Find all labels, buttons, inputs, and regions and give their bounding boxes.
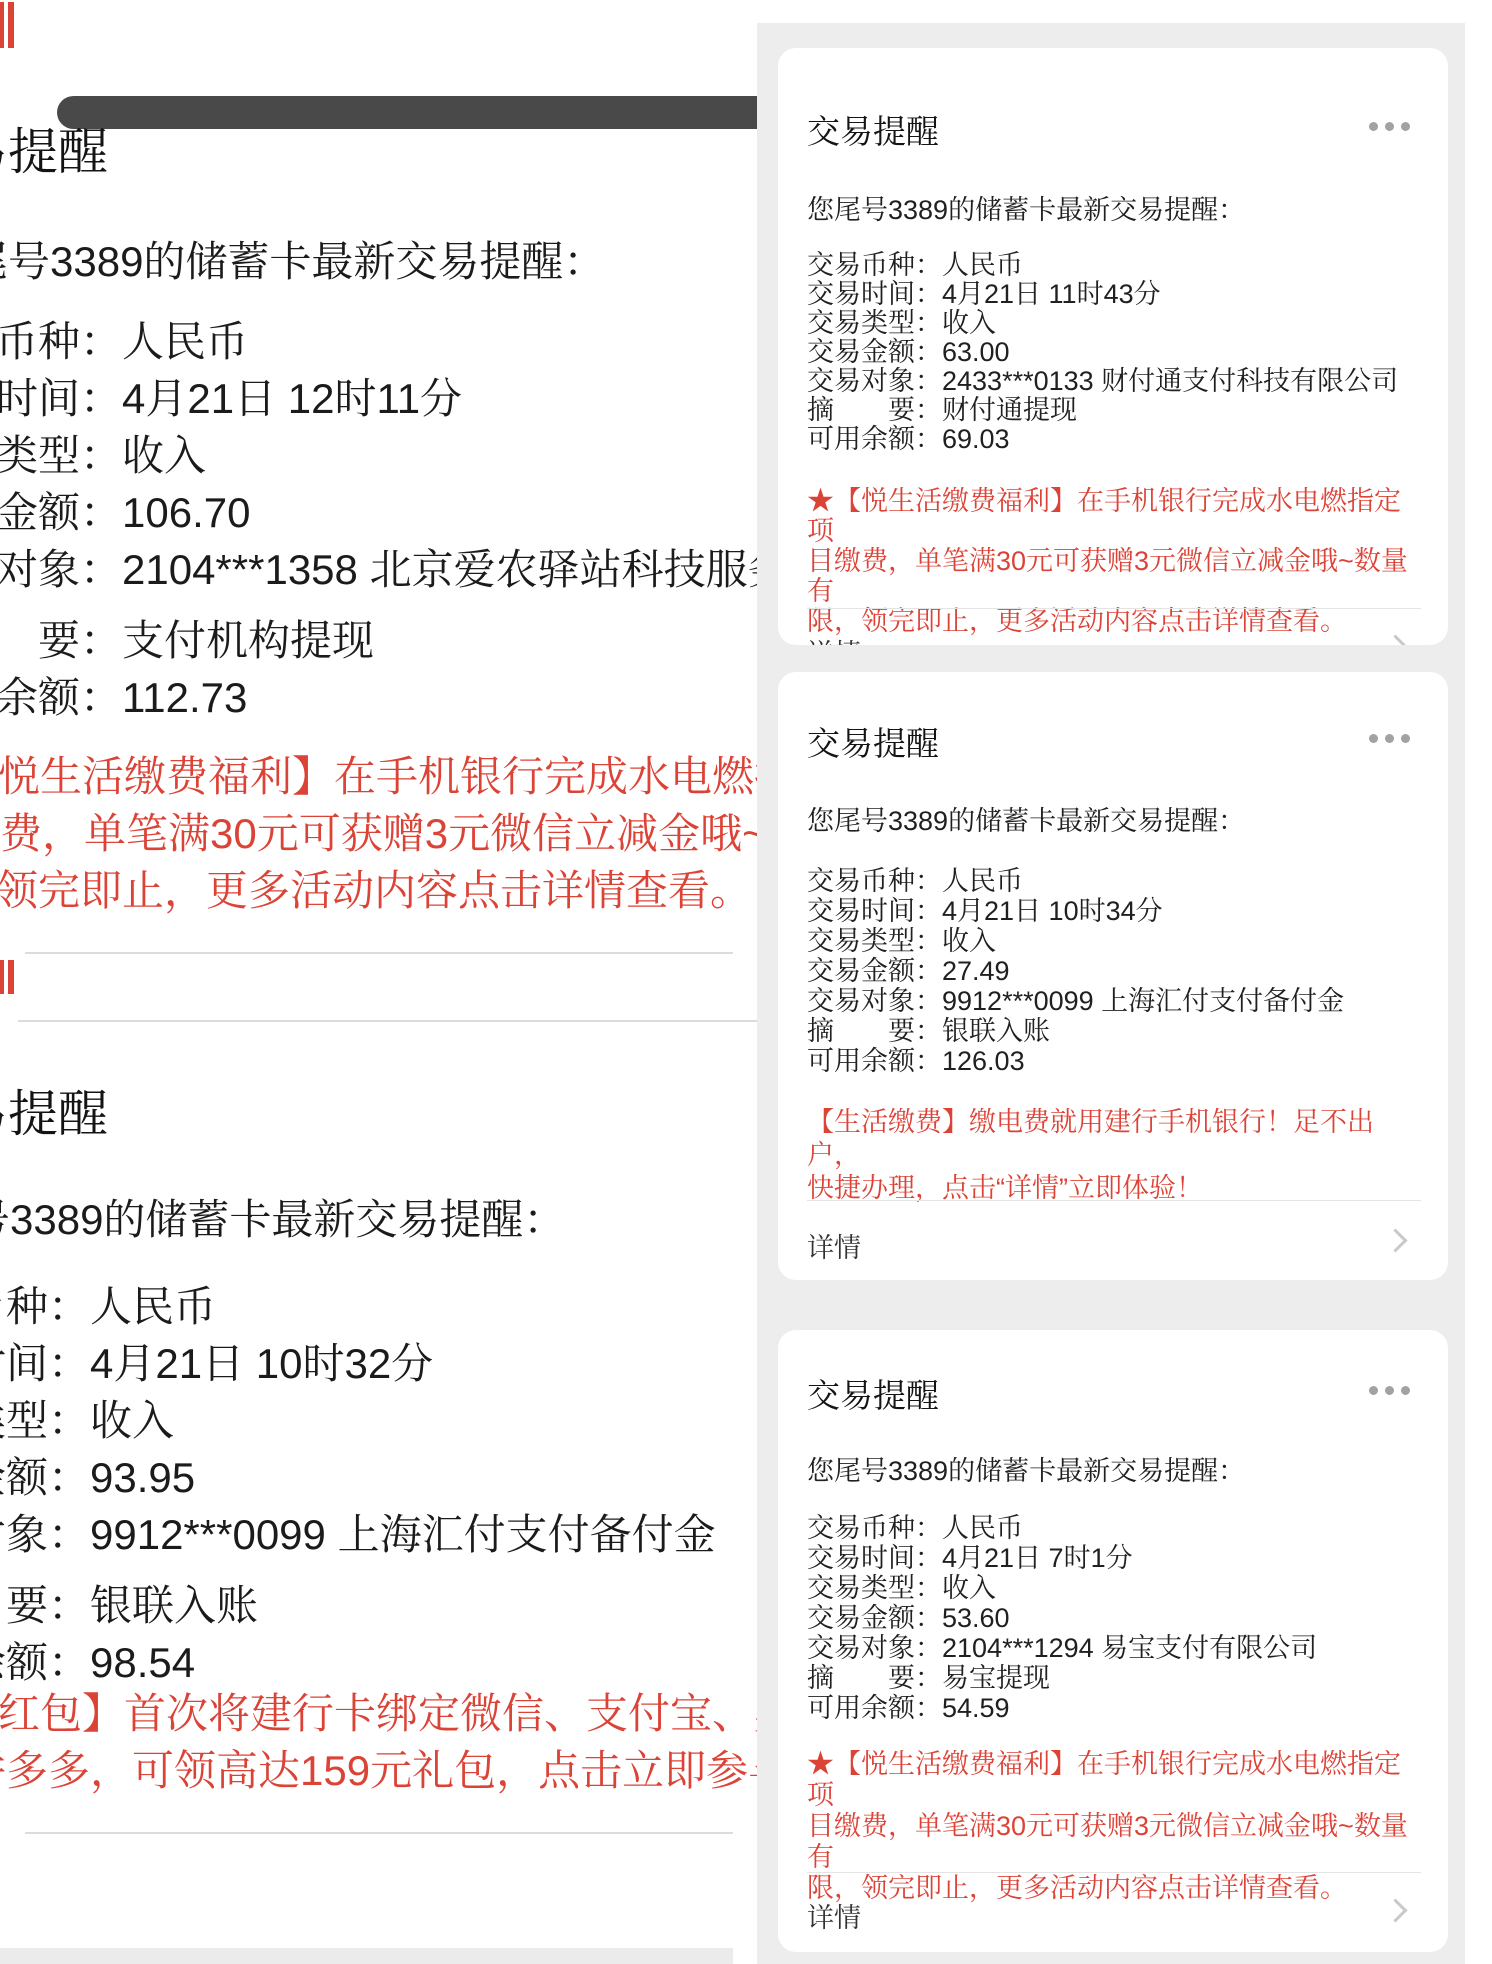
promo-line: 拼多多，可领高达159元礼包，点击立即参与！ (0, 1747, 757, 1795)
field-line: 可用余额：98.54 (0, 1639, 195, 1687)
promo-line: 限，领完即止，更多活动内容点击详情查看。 (0, 867, 752, 915)
divider (807, 1200, 1421, 1201)
notification-header: 您尾号3389的储蓄卡最新交易提醒： (807, 799, 1245, 838)
more-options-icon[interactable] (1369, 1386, 1410, 1395)
field-line: 交易类型：收入 (0, 432, 206, 480)
divider (25, 952, 733, 954)
card-title: 交易提醒 (807, 1370, 939, 1417)
promo-line: 费，单笔满30元可获赠3元微信立减金哦~数量有 (0, 810, 757, 858)
notification-header: 您尾号3389的储蓄卡最新交易提醒： (0, 1196, 565, 1244)
field-line: 摘 要：银联入账 (0, 1582, 258, 1630)
detail-link[interactable]: 详情 (807, 632, 861, 645)
field-line: 交易币种：人民币 (0, 318, 248, 366)
promo-text: 【生活缴费】缴电费就用建行手机银行！足不出户， 快捷办理，点击“详情”立即体验！ (807, 1106, 1422, 1205)
transaction-fields: 交易币种：人民币 交易时间：4月21日 11时43分 交易类型：收入 交易金额：… (807, 251, 1398, 454)
divider (25, 1832, 733, 1834)
detail-link[interactable]: 详情 (807, 1896, 861, 1935)
divider (18, 1020, 757, 1022)
promo-line: 悦生活缴费福利】在手机银行完成水电燃指定项 (0, 753, 757, 801)
divider (807, 608, 1421, 609)
transaction-notifications-screenshot: 交易提醒 您尾号3389的储蓄卡最新交易提醒： 交易币种：人民币 交易时间：4月… (0, 0, 1492, 1964)
chevron-right-icon (1383, 1228, 1407, 1252)
detail-link[interactable]: 详情 (807, 1226, 861, 1265)
field-line: 交易对象：2104***1358 北京爱农驿站科技服务有限公司 (0, 546, 757, 594)
page-title: 交易提醒 (0, 124, 108, 182)
promo-line: 红包】首次将建行卡绑定微信、支付宝、美 (0, 1690, 757, 1738)
clipped-red-text-fragment (0, 2, 14, 48)
transaction-fields: 交易币种：人民币 交易时间：4月21日 7时1分 交易类型：收入 交易金额：53… (807, 1513, 1317, 1723)
notification-card: 交易提醒 您尾号3389的储蓄卡最新交易提醒： 交易币种：人民币 交易时间：4月… (778, 672, 1448, 1280)
card-title: 交易提醒 (807, 106, 939, 153)
chevron-right-icon (1383, 634, 1407, 645)
field-line: 摘 要：支付机构提现 (0, 617, 374, 665)
page-title: 交易提醒 (0, 1086, 108, 1144)
notification-card: 交易提醒 您尾号3389的储蓄卡最新交易提醒： 交易币种：人民币 交易时间：4月… (778, 48, 1448, 645)
card-title: 交易提醒 (807, 718, 939, 765)
promo-text: ★【悦生活缴费福利】在手机银行完成水电燃指定项 目缴费，单笔满30元可获赠3元微… (807, 1749, 1422, 1904)
promo-text: ★【悦生活缴费福利】在手机银行完成水电燃指定项 目缴费，单笔满30元可获赠3元微… (807, 486, 1422, 636)
field-line: 交易金额：106.70 (0, 489, 250, 537)
field-line: 交易币种：人民币 (0, 1283, 216, 1331)
field-line: 交易时间：4月21日 12时11分 (0, 375, 462, 423)
field-line: 可用余额：112.73 (0, 674, 247, 722)
field-line: 交易类型：收入 (0, 1397, 174, 1445)
notification-header: 您尾号3389的储蓄卡最新交易提醒： (0, 238, 605, 286)
field-line: 交易对象：9912***0099 上海汇付支付备付金 (0, 1511, 716, 1559)
divider (807, 1872, 1421, 1873)
field-line: 交易时间：4月21日 10时32分 (0, 1340, 433, 1388)
more-options-icon[interactable] (1369, 734, 1410, 743)
notification-card: 交易提醒 您尾号3389的储蓄卡最新交易提醒： 交易币种：人民币 交易时间：4月… (778, 1330, 1448, 1952)
left-zoomed-screenshot-panel: 交易提醒 您尾号3389的储蓄卡最新交易提醒： 交易币种：人民币 交易时间：4月… (0, 0, 757, 1964)
notification-header: 您尾号3389的储蓄卡最新交易提醒： (807, 188, 1245, 227)
next-card-edge-fragment (0, 1948, 733, 1964)
clipped-red-text-fragment (0, 960, 14, 994)
transaction-fields: 交易币种：人民币 交易时间：4月21日 10时34分 交易类型：收入 交易金额：… (807, 866, 1344, 1076)
notification-header: 您尾号3389的储蓄卡最新交易提醒： (807, 1449, 1245, 1488)
field-line: 交易金额：93.95 (0, 1454, 195, 1502)
dark-bar-fragment (57, 96, 757, 129)
more-options-icon[interactable] (1369, 122, 1410, 131)
